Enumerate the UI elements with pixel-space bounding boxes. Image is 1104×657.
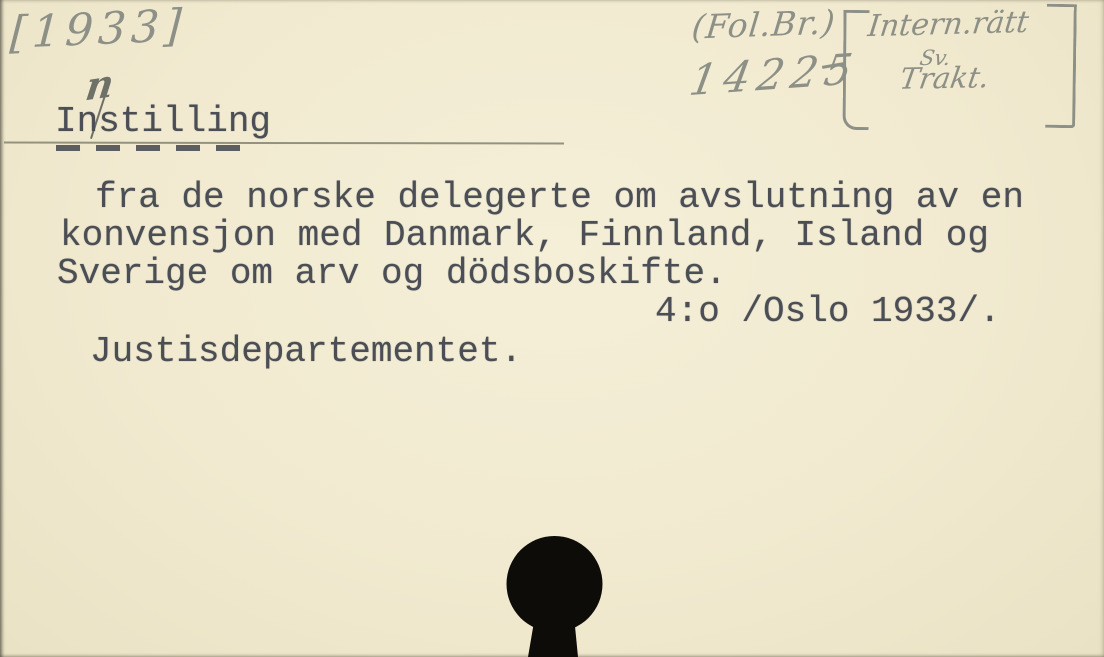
card-title: Instilling	[55, 104, 271, 140]
fol-br-annotation: (Fol.Br.)	[690, 5, 837, 43]
catalog-card: [1933] (Fol.Br.) 14225 Intern.rätt Sv. T…	[0, 0, 1104, 657]
left-bracket-stroke	[842, 10, 869, 130]
title-dashed-underline	[56, 145, 251, 151]
right-bracket-stroke	[1045, 4, 1077, 128]
classification-line-1: Intern.rätt	[866, 8, 1030, 42]
body-line-3: Sverige om arv og dödsboskifte.	[57, 256, 727, 292]
classification-line-3: Trakt.	[898, 63, 992, 94]
imprint-line: 4:o /Oslo 1933/.	[655, 294, 1001, 330]
punch-hole-keyhole	[505, 536, 605, 657]
accession-number: 14225	[686, 48, 862, 102]
author-line: Justisdepartementet.	[90, 334, 522, 370]
year-annotation: [1933]	[9, 4, 188, 56]
body-line-2: konvensjon med Danmark, Finnland, Island…	[60, 218, 989, 254]
body-line-1: fra de norske delegerte om avslutning av…	[95, 180, 1024, 216]
